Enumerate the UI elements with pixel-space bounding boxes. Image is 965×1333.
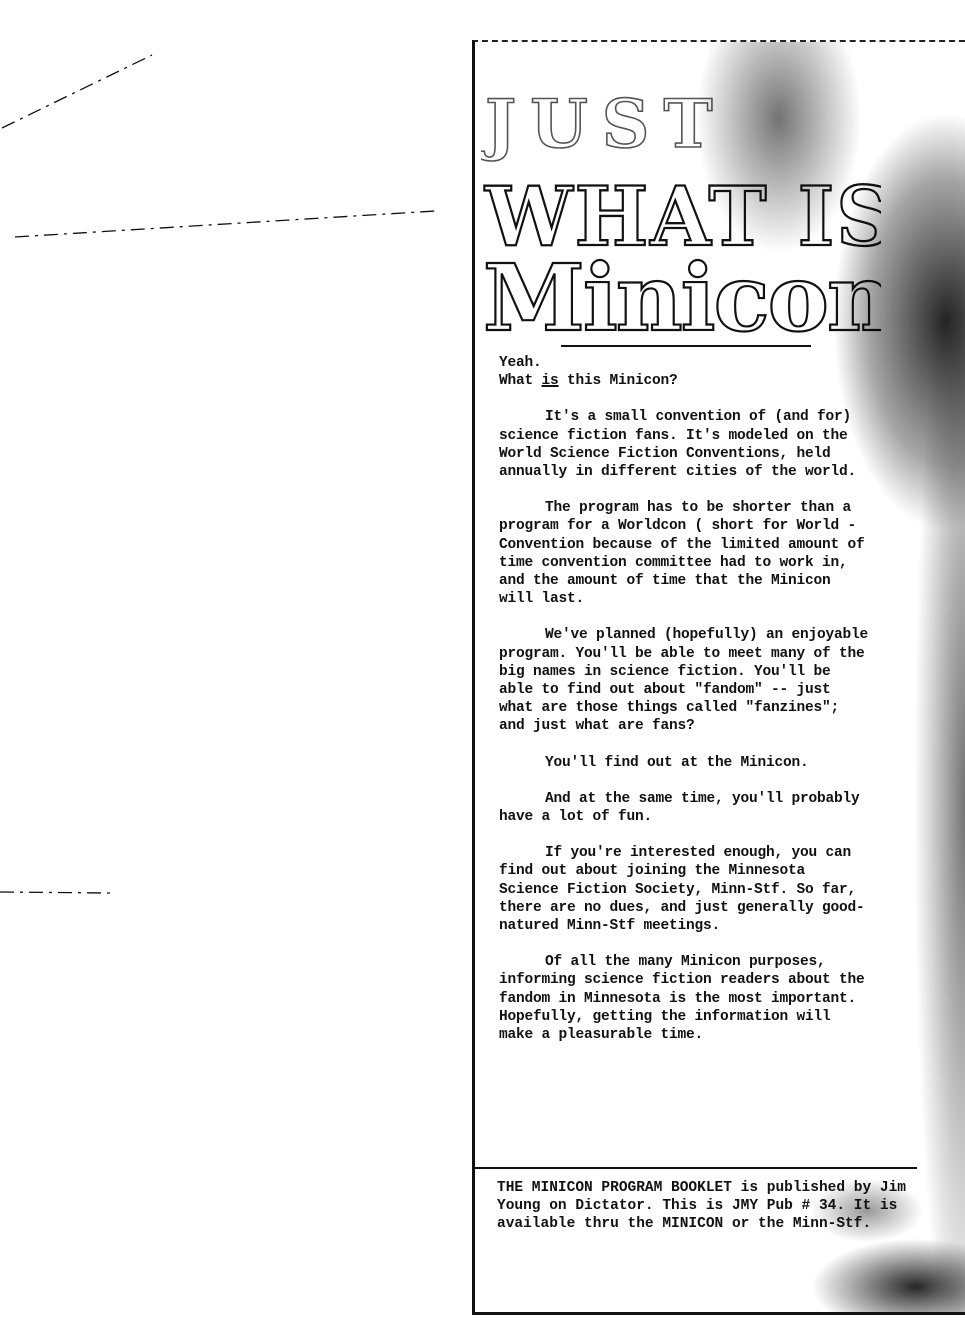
paragraph-find-out: You'll find out at the Minicon.	[499, 754, 869, 772]
intro-suffix: this Minicon?	[559, 373, 678, 389]
paragraph-purposes: Of all the many Minicon purposes, inform…	[499, 953, 869, 1044]
colophon-text: THE MINICON PROGRAM BOOKLET is published…	[497, 1179, 917, 1234]
paragraph-what-it-is: It's a small convention of (and for) sci…	[499, 408, 869, 481]
intro-emphasis: is	[542, 373, 559, 389]
paragraph-planned: We've planned (hopefully) an enjoyable p…	[499, 626, 869, 735]
title-line-minicon: Minicon?	[483, 244, 881, 352]
colophon: THE MINICON PROGRAM BOOKLET is published…	[475, 1167, 917, 1234]
hand-lettered-title: JUST WHAT IS Minicon?	[481, 72, 881, 362]
paragraph-program: The program has to be shorter than a pro…	[499, 499, 869, 608]
title-line-just: JUST	[481, 85, 727, 163]
zine-page: JUST WHAT IS Minicon? Yeah. What is this…	[472, 40, 965, 1315]
paragraph-minn-stf: If you're interested enough, you can fin…	[499, 844, 869, 935]
article-body: Yeah. What is this Minicon? It's a small…	[499, 354, 869, 1062]
scan-artifact-lines	[0, 0, 480, 1333]
paragraph-fun: And at the same time, you'll probably ha…	[499, 790, 869, 826]
intro: Yeah. What is this Minicon?	[499, 354, 869, 390]
intro-line-1: Yeah.	[499, 355, 542, 371]
intro-prefix: What	[499, 373, 542, 389]
